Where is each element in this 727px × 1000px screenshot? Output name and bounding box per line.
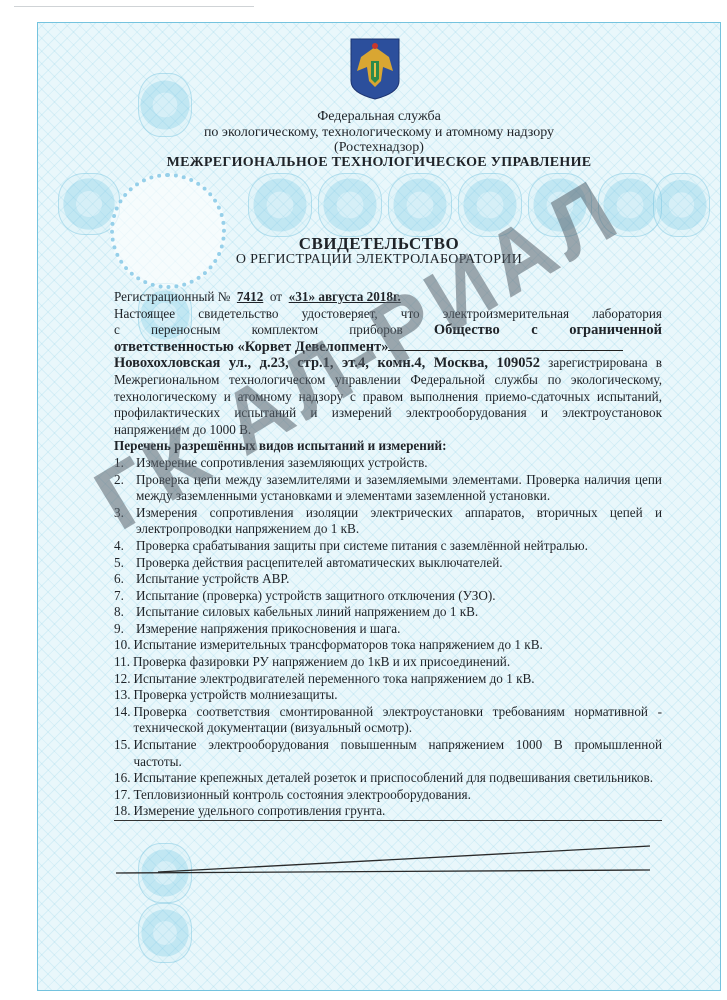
guilloche-rosette	[138, 903, 192, 963]
test-item: 18.Измерение удельного сопротивления гру…	[114, 803, 662, 821]
registration-number: 7412	[237, 289, 263, 304]
scan-edge-line	[14, 6, 254, 7]
test-item-number: 11.	[114, 654, 130, 671]
test-item-text: Проверка срабатывания защиты при системе…	[136, 538, 662, 555]
test-item-number: 5.	[114, 555, 136, 572]
test-item-number: 18.	[114, 803, 130, 820]
test-item-text: Испытание измерительных трансформаторов …	[133, 637, 662, 654]
test-item-number: 14.	[114, 704, 130, 737]
guilloche-rosette	[138, 843, 192, 903]
test-item-text: Проверка действия расцепителей автоматич…	[136, 555, 662, 572]
test-item-text: Испытание электродвигателей переменного …	[133, 671, 662, 688]
certificate-sheet: Федеральная служба по экологическому, те…	[37, 22, 721, 991]
guilloche-rosette	[248, 173, 312, 237]
test-item: 9.Измерение напряжения прикосновения и ш…	[114, 621, 662, 638]
test-item-text: Проверка фазировки РУ напряжением до 1кВ…	[133, 654, 662, 671]
test-item-number: 6.	[114, 571, 136, 588]
test-item-text: Испытание крепежных деталей розеток и пр…	[133, 770, 662, 787]
test-item-number: 10.	[114, 637, 130, 654]
date-label: от	[270, 289, 282, 304]
test-item-number: 12.	[114, 671, 130, 688]
agency-name-line1: Федеральная служба	[38, 109, 720, 125]
coat-of-arms-icon	[349, 37, 401, 101]
test-item-text: Испытание силовых кабельных линий напряж…	[136, 604, 662, 621]
test-item: 6.Испытание устройств АВР.	[114, 571, 662, 588]
test-item-text: Измерение напряжения прикосновения и шаг…	[136, 621, 662, 638]
test-item-text: Измерение удельного сопротивления грунта…	[133, 803, 662, 820]
guilloche-rosette	[318, 173, 382, 237]
test-item-text: Испытание электрооборудования повышенным…	[133, 737, 662, 770]
test-item-text: Тепловизионный контроль состояния электр…	[133, 787, 662, 804]
test-item-text: Измерения сопротивления изоляции электри…	[136, 505, 662, 538]
guilloche-rosette	[388, 173, 452, 237]
test-item: 5.Проверка действия расцепителей автомат…	[114, 555, 662, 572]
test-item: 15.Испытание электрооборудования повышен…	[114, 737, 662, 770]
test-item-number: 17.	[114, 787, 130, 804]
guilloche-rosette	[653, 173, 710, 237]
guilloche-ring	[110, 173, 226, 289]
test-item: 14.Проверка соответствия смонтированной …	[114, 704, 662, 737]
test-item: 7.Испытание (проверка) устройств защитно…	[114, 588, 662, 605]
test-item-number: 9.	[114, 621, 136, 638]
agency-abbreviation: (Ростехнадзор)	[38, 140, 720, 156]
test-item-number: 8.	[114, 604, 136, 621]
test-item-number: 15.	[114, 737, 130, 770]
test-item: 11.Проверка фазировки РУ напряжением до …	[114, 654, 662, 671]
test-item-text: Проверка соответствия смонтированной эле…	[133, 704, 662, 737]
test-item-text: Проверка устройств молниезащиты.	[133, 687, 662, 704]
registration-label: Регистрационный №	[114, 289, 230, 304]
test-item-number: 7.	[114, 588, 136, 605]
test-item: 10.Испытание измерительных трансформатор…	[114, 637, 662, 654]
test-item: 17.Тепловизионный контроль состояния эле…	[114, 787, 662, 804]
test-item: 16.Испытание крепежных деталей розеток и…	[114, 770, 662, 787]
test-item: 4.Проверка срабатывания защиты при систе…	[114, 538, 662, 555]
test-item-number: 13.	[114, 687, 130, 704]
test-item: 8.Испытание силовых кабельных линий напр…	[114, 604, 662, 621]
agency-name-line2: по экологическому, технологическому и ат…	[38, 125, 720, 141]
department-name: МЕЖРЕГИОНАЛЬНОЕ ТЕХНОЛОГИЧЕСКОЕ УПРАВЛЕН…	[38, 155, 720, 171]
test-item: 13.Проверка устройств молниезащиты.	[114, 687, 662, 704]
test-item-number: 16.	[114, 770, 130, 787]
test-item: 12.Испытание электродвигателей переменно…	[114, 671, 662, 688]
test-item-text: Испытание (проверка) устройств защитного…	[136, 588, 662, 605]
test-item-text: Испытание устройств АВР.	[136, 571, 662, 588]
